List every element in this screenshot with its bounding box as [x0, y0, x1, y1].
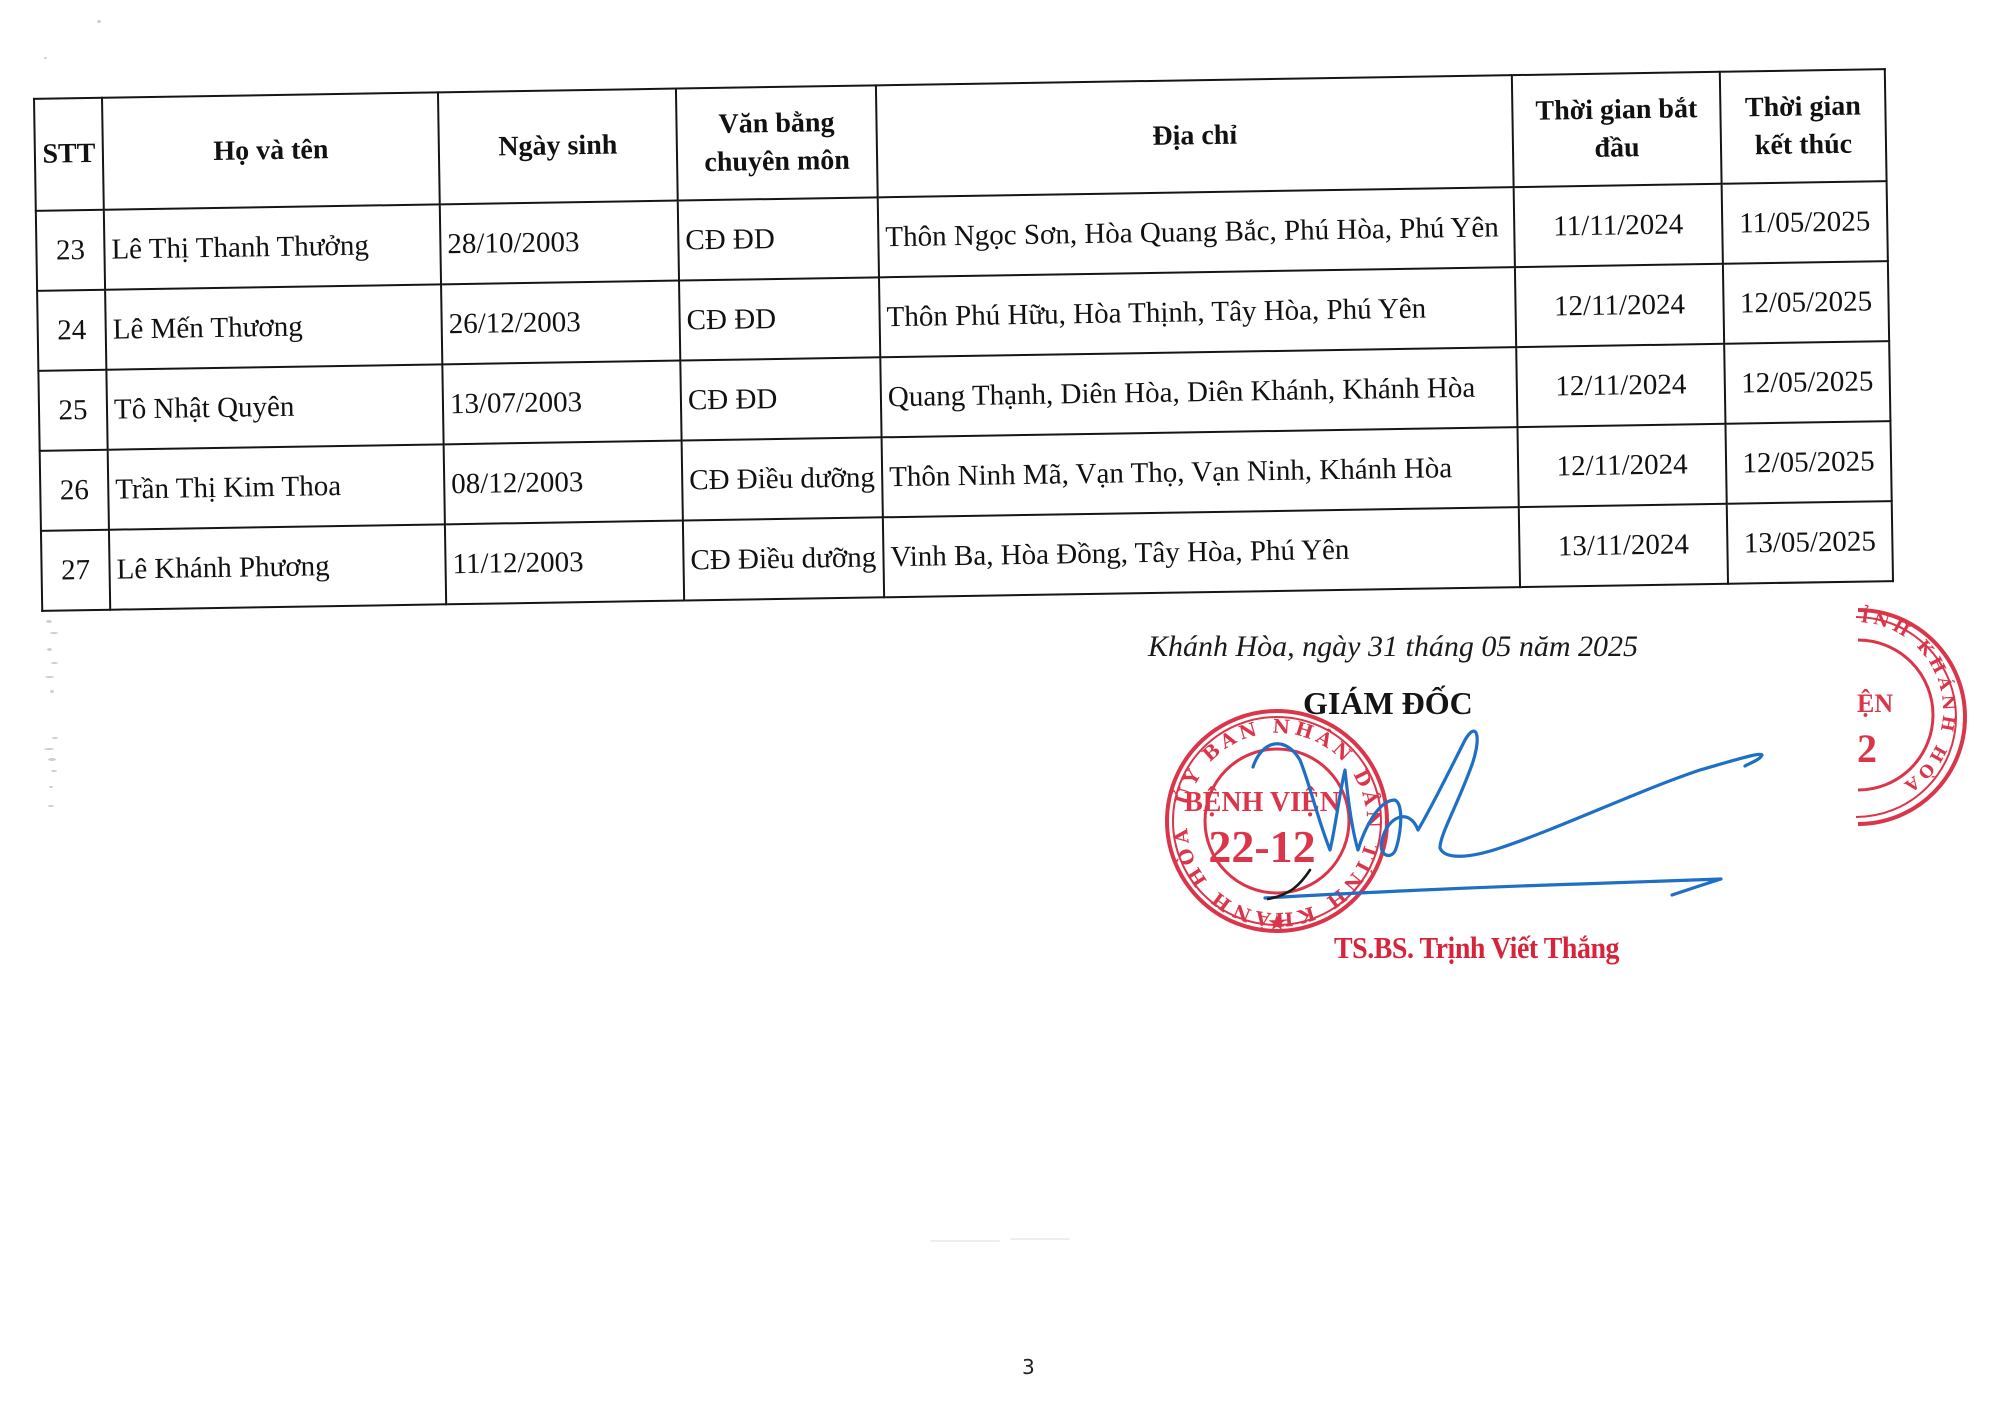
cell-dob: 28/10/2003	[440, 201, 679, 285]
handwritten-signature	[1253, 731, 1762, 899]
seal-center-line2: 22-12	[1208, 821, 1315, 872]
cell-start: 12/11/2024	[1516, 344, 1725, 427]
cell-name: Trần Thị Kim Thoa	[108, 444, 445, 529]
cell-degree: CĐ ĐD	[678, 197, 879, 280]
header-stt: STT	[34, 98, 104, 211]
cell-start: 11/11/2024	[1514, 184, 1723, 267]
partial-seal: ỈNH KHÁNH HÒA ỆN 2	[1856, 604, 1965, 824]
cell-address: Thôn Ninh Mã, Vạn Thọ, Vạn Ninh, Khánh H…	[882, 427, 1519, 517]
cell-name: Lê Thị Thanh Thưởng	[104, 204, 441, 289]
header-stt-text: STT	[42, 138, 95, 170]
header-degree-line2: chuyên môn	[704, 145, 850, 178]
cell-end: 12/05/2025	[1723, 261, 1889, 344]
cell-name: Tô Nhật Quyên	[106, 364, 443, 449]
cell-start: 13/11/2024	[1519, 504, 1728, 587]
cell-stt: 26	[40, 450, 109, 531]
cell-start: 12/11/2024	[1517, 424, 1726, 507]
svg-text:ỈNH KHÁNH HÒA: ỈNH KHÁNH HÒA	[1860, 604, 1959, 798]
signer-name: TS.BS. Trịnh Viết Thắng	[1334, 930, 1619, 966]
cell-start: 12/11/2024	[1515, 264, 1724, 347]
header-degree: Văn bằngchuyên môn	[676, 85, 878, 200]
svg-text:ỦY BAN NHÂN DÂN TỈNH KHÁNH HÒA: ỦY BAN NHÂN DÂN TỈNH KHÁNH HÒA	[1168, 716, 1384, 932]
header-dob-text: Ngày sinh	[498, 130, 618, 163]
cell-dob: 26/12/2003	[441, 281, 680, 365]
page-number: 3	[1022, 1355, 1035, 1379]
header-start-line2: đầu	[1594, 132, 1640, 164]
header-end-line2: kết thúc	[1755, 129, 1853, 162]
place-and-date: Khánh Hòa, ngày 31 tháng 05 năm 2025	[1148, 630, 1638, 664]
header-name-text: Họ và tên	[213, 134, 329, 167]
cell-stt: 25	[38, 370, 107, 451]
cell-degree: CĐ ĐD	[680, 357, 881, 440]
cell-degree: CĐ Điều dưỡng	[683, 517, 884, 600]
partial-seal-ring-text: ỈNH KHÁNH HÒA	[1860, 604, 1959, 798]
seal-ring-text: ỦY BAN NHÂN DÂN TỈNH KHÁNH HÒA	[1168, 716, 1384, 932]
cell-degree: CĐ ĐD	[679, 277, 880, 360]
partial-seal-line2: 2	[1857, 726, 1877, 771]
header-name: Họ và tên	[102, 92, 440, 209]
header-address: Địa chỉ	[876, 75, 1514, 197]
trainee-table-wrapper: STT Họ và tên Ngày sinh Văn bằngchuyên m…	[33, 68, 1892, 611]
cell-degree: CĐ Điều dưỡng	[682, 437, 883, 520]
cell-stt: 27	[41, 530, 110, 611]
document-page: STT Họ và tên Ngày sinh Văn bằngchuyên m…	[0, 0, 2000, 1414]
header-degree-line1: Văn bằng	[718, 107, 834, 140]
cell-dob: 11/12/2003	[445, 521, 684, 605]
cell-dob: 08/12/2003	[444, 441, 683, 525]
trainee-table: STT Họ và tên Ngày sinh Văn bằngchuyên m…	[33, 68, 1894, 612]
header-start-line1: Thời gian bắt	[1535, 93, 1697, 127]
cell-end: 13/05/2025	[1727, 501, 1893, 584]
cell-address: Thôn Ngọc Sơn, Hòa Quang Bắc, Phú Hòa, P…	[878, 187, 1515, 277]
cell-stt: 24	[37, 290, 106, 371]
seal-center-line1: BỆNH VIỆN	[1184, 787, 1340, 818]
header-end-line1: Thời gian	[1745, 91, 1861, 124]
svg-text:★: ★	[1267, 910, 1287, 935]
signer-title: GIÁM ĐỐC	[1303, 685, 1473, 722]
header-start: Thời gian bắtđầu	[1512, 72, 1722, 187]
cell-end: 12/05/2025	[1725, 421, 1891, 504]
cell-end: 12/05/2025	[1724, 341, 1890, 424]
cell-address: Thôn Phú Hữu, Hòa Thịnh, Tây Hòa, Phú Yê…	[879, 267, 1516, 357]
cell-address: Quang Thạnh, Diên Hòa, Diên Khánh, Khánh…	[880, 347, 1517, 437]
cell-end: 11/05/2025	[1722, 181, 1888, 264]
header-end: Thời giankết thúc	[1720, 69, 1887, 184]
cell-dob: 13/07/2003	[442, 361, 681, 445]
header-address-text: Địa chỉ	[1152, 120, 1237, 152]
cell-address: Vinh Ba, Hòa Đồng, Tây Hòa, Phú Yên	[883, 507, 1520, 597]
header-dob: Ngày sinh	[438, 89, 678, 205]
partial-seal-line1: ỆN	[1857, 689, 1893, 718]
cell-name: Lê Khánh Phương	[109, 524, 446, 609]
cell-name: Lê Mến Thương	[105, 284, 442, 369]
cell-stt: 23	[36, 210, 105, 291]
official-seal: ỦY BAN NHÂN DÂN TỈNH KHÁNH HÒA BỆNH VIỆN…	[1167, 711, 1387, 935]
